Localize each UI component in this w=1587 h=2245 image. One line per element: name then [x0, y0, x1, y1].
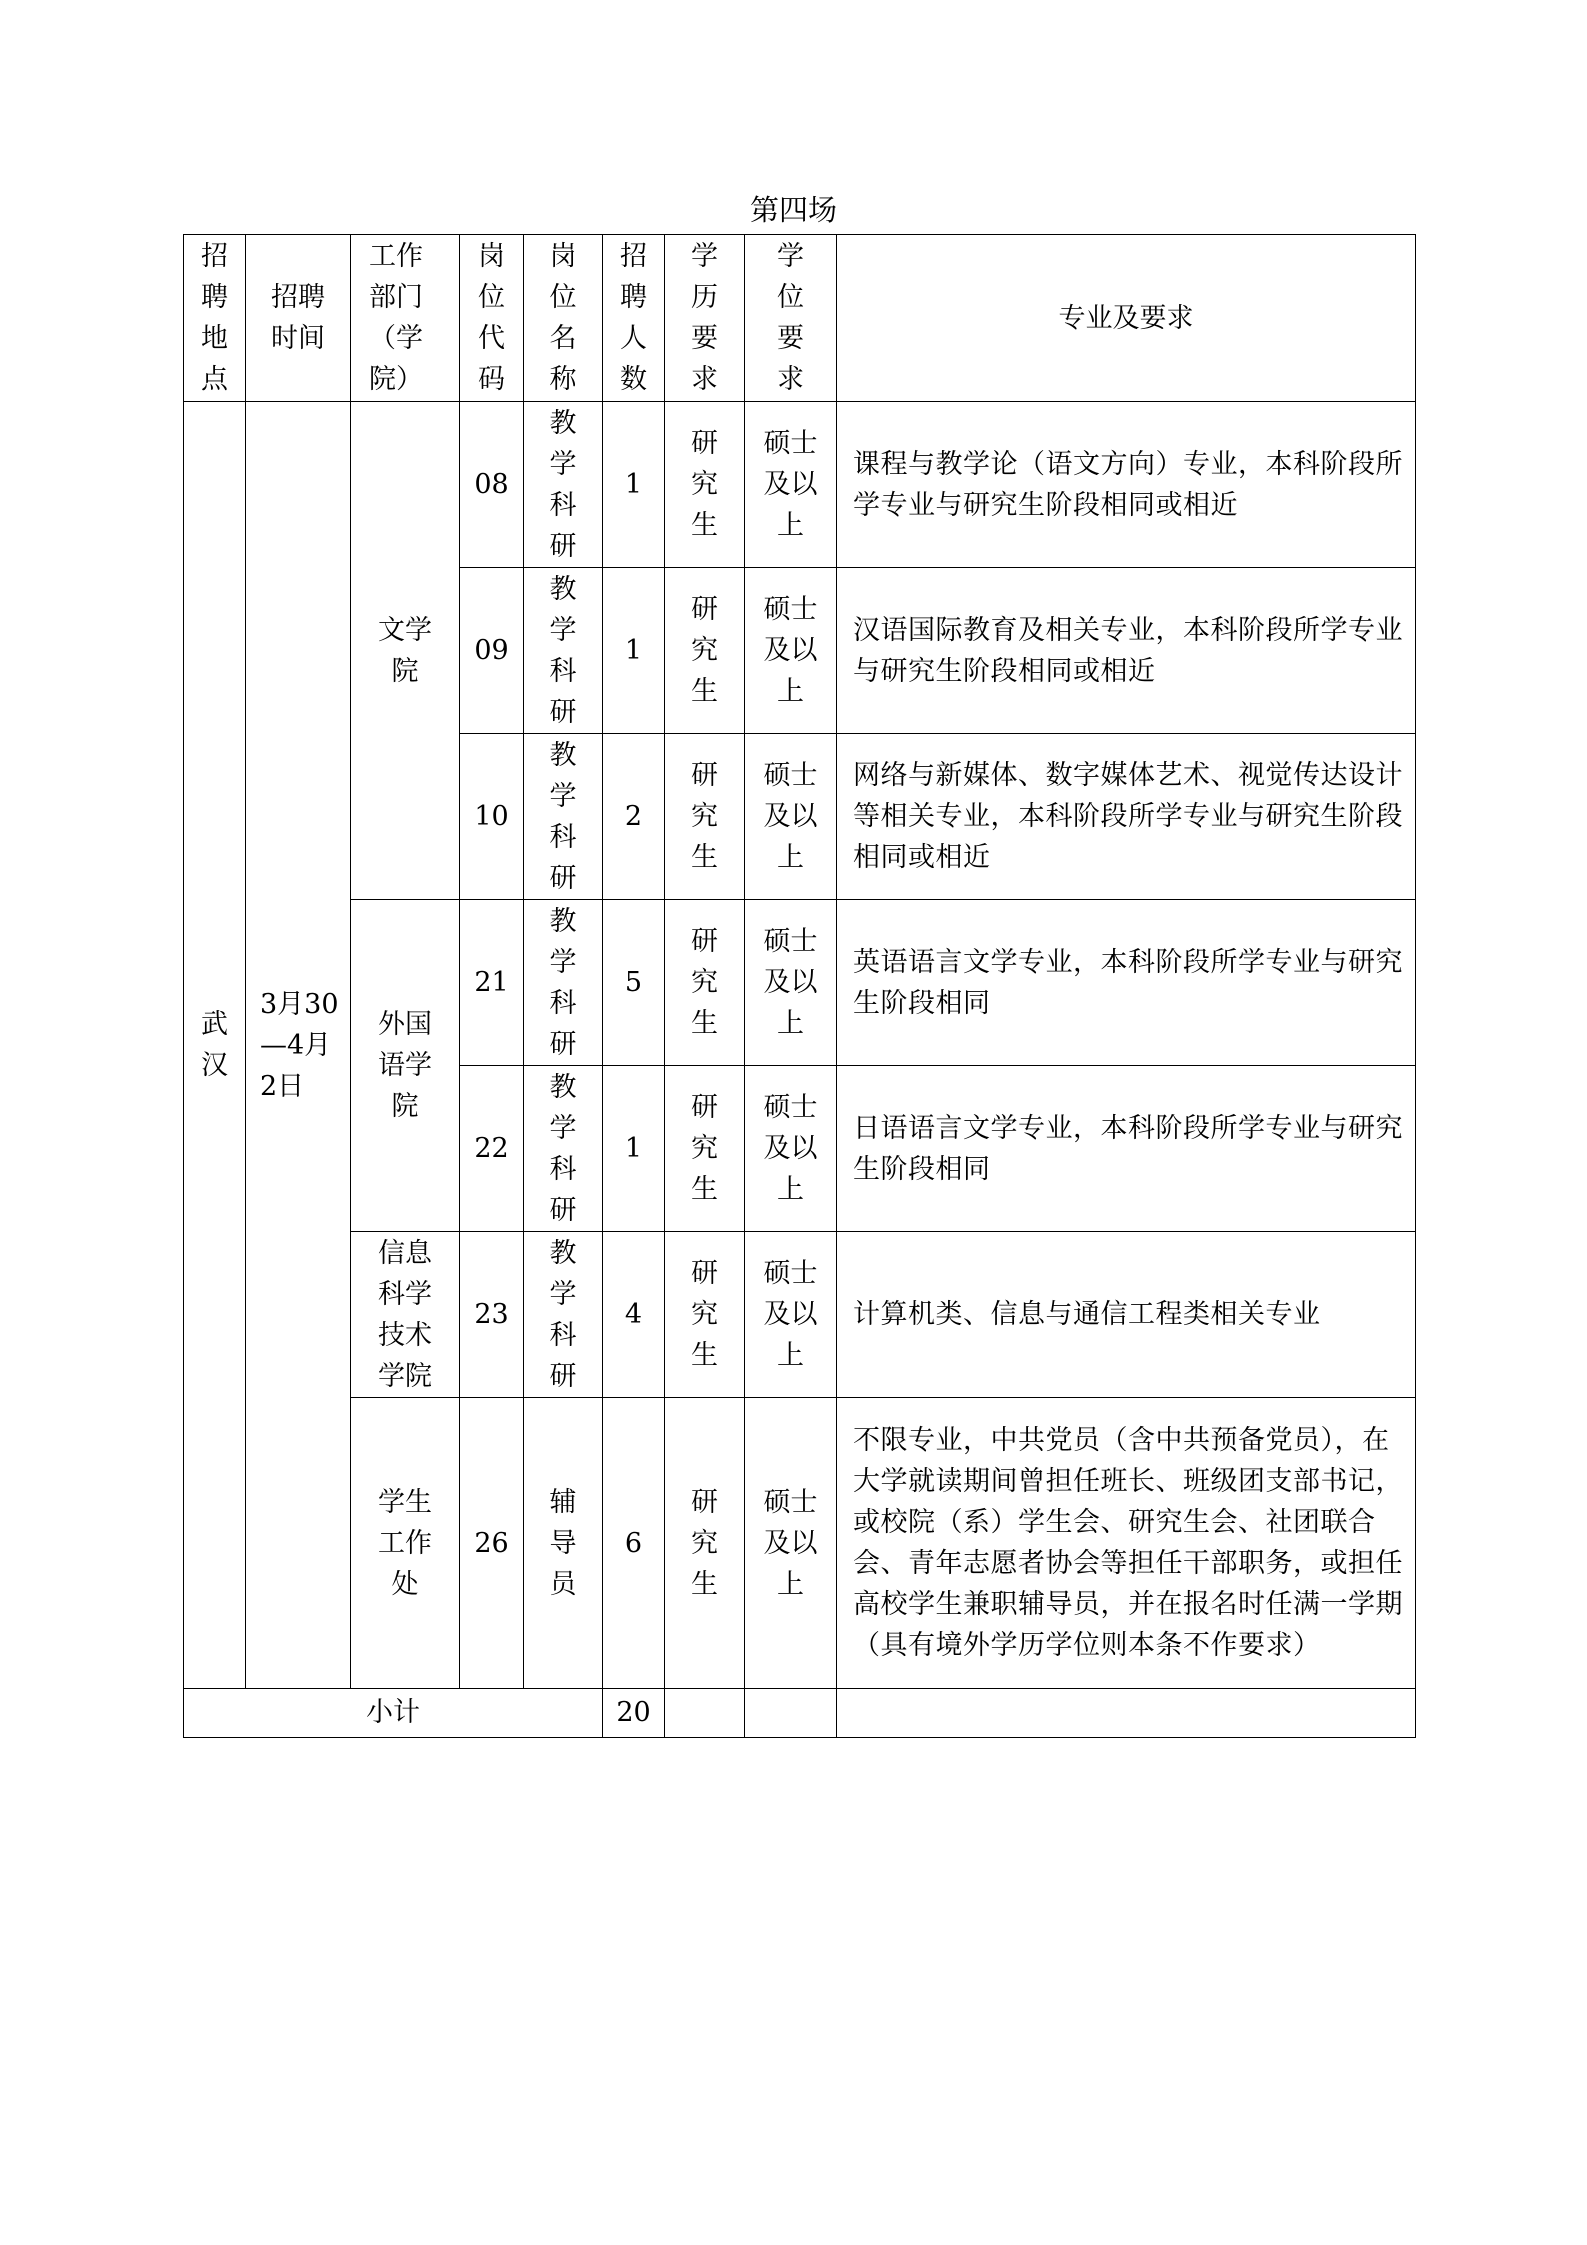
- header-location: 招聘地点: [184, 235, 246, 402]
- recruitment-table: 招聘地点 招聘时间 工作部门（学院） 岗位代码 岗位名称 招聘人数 学历要求 学…: [183, 234, 1416, 1738]
- degree: 硕士及以上: [745, 734, 837, 900]
- position-code: 23: [460, 1232, 524, 1398]
- subtotal-education-empty: [665, 1689, 745, 1738]
- header-time: 招聘时间: [246, 235, 351, 402]
- headcount: 4: [603, 1232, 665, 1398]
- position-name: 教学科研: [524, 402, 603, 568]
- subtotal-degree-empty: [745, 1689, 837, 1738]
- degree: 硕士及以上: [745, 900, 837, 1066]
- position-code: 09: [460, 568, 524, 734]
- education: 研究生: [665, 568, 745, 734]
- table-row: 武汉 3月30—4月2日 文学院 08 教学科研 1 研究生 硕士及以上 课程与…: [184, 402, 1416, 568]
- header-department: 工作部门（学院）: [351, 235, 460, 402]
- header-education: 学历要求: [665, 235, 745, 402]
- position-name: 辅导员: [524, 1398, 603, 1689]
- position-name: 教学科研: [524, 1066, 603, 1232]
- department-cell: 外国语学院: [351, 900, 460, 1232]
- subtotal-row: 小计 20: [184, 1689, 1416, 1738]
- degree: 硕士及以上: [745, 568, 837, 734]
- headcount: 1: [603, 402, 665, 568]
- header-headcount: 招聘人数: [603, 235, 665, 402]
- page-title: 第四场: [0, 190, 1587, 230]
- position-name: 教学科研: [524, 900, 603, 1066]
- position-code: 10: [460, 734, 524, 900]
- headcount: 1: [603, 1066, 665, 1232]
- subtotal-label: 小计: [184, 1689, 603, 1738]
- position-code: 22: [460, 1066, 524, 1232]
- position-code: 08: [460, 402, 524, 568]
- requirements: 不限专业，中共党员（含中共预备党员），在大学就读期间曾担任班长、班级团支部书记，…: [837, 1398, 1416, 1689]
- requirements: 汉语国际教育及相关专业，本科阶段所学专业与研究生阶段相同或相近: [837, 568, 1416, 734]
- education: 研究生: [665, 1232, 745, 1398]
- position-name: 教学科研: [524, 734, 603, 900]
- subtotal-count: 20: [603, 1689, 665, 1738]
- department-cell: 信息科学技术学院: [351, 1232, 460, 1398]
- education: 研究生: [665, 1398, 745, 1689]
- header-position-code: 岗位代码: [460, 235, 524, 402]
- headcount: 1: [603, 568, 665, 734]
- education: 研究生: [665, 734, 745, 900]
- degree: 硕士及以上: [745, 402, 837, 568]
- degree: 硕士及以上: [745, 1232, 837, 1398]
- time-cell: 3月30—4月2日: [246, 402, 351, 1689]
- location-cell: 武汉: [184, 402, 246, 1689]
- table-row: 外国语学院 21 教学科研 5 研究生 硕士及以上 英语语言文学专业，本科阶段所…: [184, 900, 1416, 1066]
- header-degree: 学位要求: [745, 235, 837, 402]
- headcount: 6: [603, 1398, 665, 1689]
- table-header-row: 招聘地点 招聘时间 工作部门（学院） 岗位代码 岗位名称 招聘人数 学历要求 学…: [184, 235, 1416, 402]
- headcount: 5: [603, 900, 665, 1066]
- degree: 硕士及以上: [745, 1398, 837, 1689]
- position-code: 21: [460, 900, 524, 1066]
- header-requirements: 专业及要求: [837, 235, 1416, 402]
- department-cell: 文学院: [351, 402, 460, 900]
- department-cell: 学生工作处: [351, 1398, 460, 1689]
- requirements: 课程与教学论（语文方向）专业，本科阶段所学专业与研究生阶段相同或相近: [837, 402, 1416, 568]
- education: 研究生: [665, 1066, 745, 1232]
- position-name: 教学科研: [524, 1232, 603, 1398]
- education: 研究生: [665, 402, 745, 568]
- position-name: 教学科研: [524, 568, 603, 734]
- requirements: 计算机类、信息与通信工程类相关专业: [837, 1232, 1416, 1398]
- table-row: 信息科学技术学院 23 教学科研 4 研究生 硕士及以上 计算机类、信息与通信工…: [184, 1232, 1416, 1398]
- requirements: 网络与新媒体、数字媒体艺术、视觉传达设计等相关专业，本科阶段所学专业与研究生阶段…: [837, 734, 1416, 900]
- headcount: 2: [603, 734, 665, 900]
- requirements: 英语语言文学专业，本科阶段所学专业与研究生阶段相同: [837, 900, 1416, 1066]
- degree: 硕士及以上: [745, 1066, 837, 1232]
- table-row: 学生工作处 26 辅导员 6 研究生 硕士及以上 不限专业，中共党员（含中共预备…: [184, 1398, 1416, 1689]
- position-code: 26: [460, 1398, 524, 1689]
- subtotal-requirements-empty: [837, 1689, 1416, 1738]
- header-position-name: 岗位名称: [524, 235, 603, 402]
- education: 研究生: [665, 900, 745, 1066]
- requirements: 日语语言文学专业，本科阶段所学专业与研究生阶段相同: [837, 1066, 1416, 1232]
